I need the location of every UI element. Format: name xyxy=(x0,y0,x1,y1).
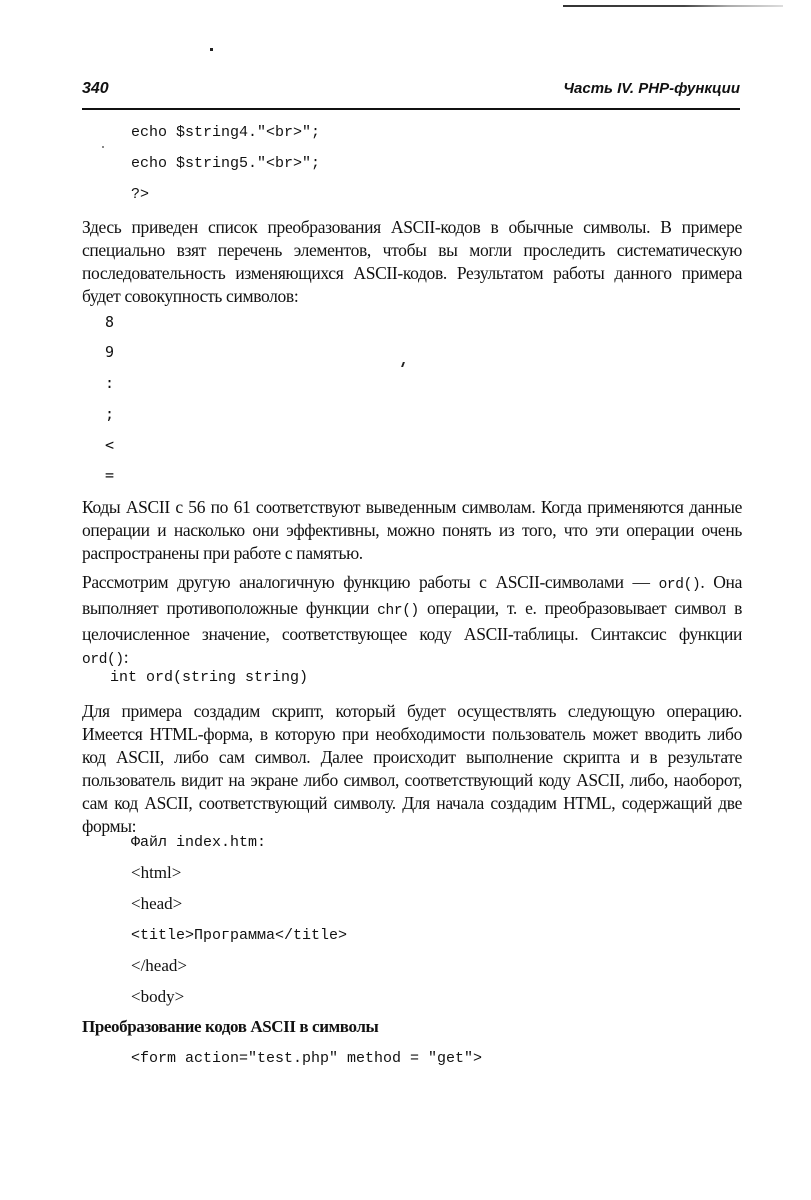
section-subheading: Преобразование кодов ASCII в символы xyxy=(82,1017,378,1037)
output-symbol: : xyxy=(105,374,114,392)
scan-artifact-line xyxy=(563,5,783,7)
output-symbol: 9 xyxy=(105,343,114,361)
inline-code-chr: chr() xyxy=(377,603,419,619)
paragraph-script-example: Для примера создадим скрипт, который буд… xyxy=(82,700,742,838)
paragraph-ascii-codes: Коды ASCII с 56 по 61 соответствуют выве… xyxy=(82,496,742,565)
header-rule xyxy=(82,108,740,110)
paragraph-ord-function: Рассмотрим другую аналогичную функцию ра… xyxy=(82,571,742,672)
inline-code-ord: ord() xyxy=(659,577,701,593)
syntax-line: int ord(string string) xyxy=(110,669,308,686)
code-line: <head> xyxy=(131,894,182,914)
running-title: Часть IV. PHP-функции xyxy=(563,80,740,97)
code-line: echo $string4."<br>"; xyxy=(131,124,320,141)
code-line: <html> xyxy=(131,863,181,883)
inline-code-ord: ord() xyxy=(82,652,124,668)
text: Рассмотрим другую аналогичную функцию ра… xyxy=(82,572,659,592)
code-line: <title>Программа</title> xyxy=(131,927,347,944)
code-line: </head> xyxy=(131,956,187,976)
output-symbol: = xyxy=(105,466,114,484)
code-line: <form action="test.php" method = "get"> xyxy=(131,1050,482,1067)
output-symbol: 8 xyxy=(105,313,114,331)
code-line: echo $string5."<br>"; xyxy=(131,155,320,172)
file-label: Файл index.htm: xyxy=(131,834,266,851)
output-symbol: < xyxy=(105,436,114,454)
code-line: <body> xyxy=(131,987,184,1007)
paragraph-intro: Здесь приведен список преобразования ASC… xyxy=(82,216,742,308)
output-symbol: ; xyxy=(105,405,114,423)
code-line: ?> xyxy=(131,186,149,203)
scan-speck xyxy=(401,362,405,367)
scan-speck xyxy=(102,146,104,148)
page-header: 340 Часть IV. PHP-функции xyxy=(82,80,740,102)
text: : xyxy=(124,647,129,667)
page-number: 340 xyxy=(82,80,109,98)
scan-speck xyxy=(210,48,213,51)
